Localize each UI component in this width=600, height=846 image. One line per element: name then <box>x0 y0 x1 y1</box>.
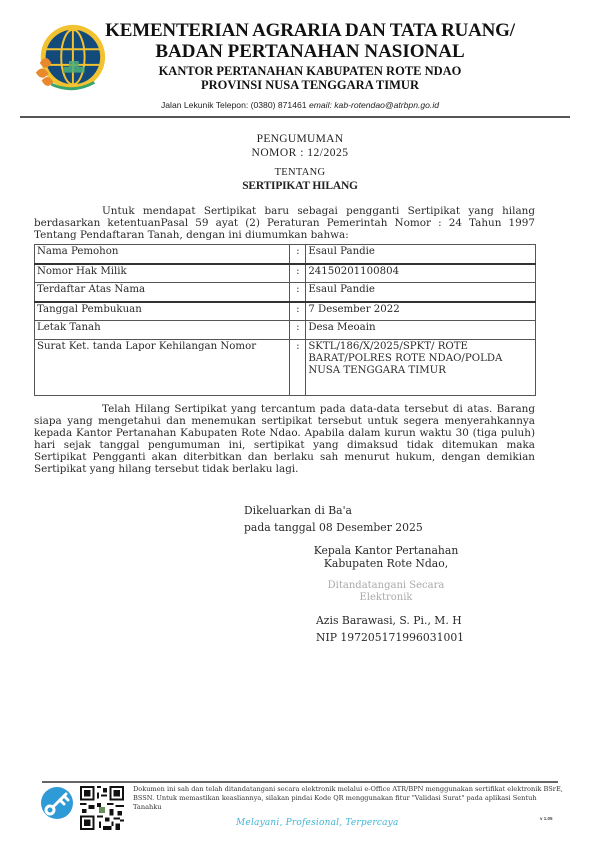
office-name: KANTOR PERTANAHAN KABUPATEN ROTE NDAO <box>100 64 520 78</box>
detail-sep: : <box>290 340 306 396</box>
detail-value: Desa Meoain <box>306 321 536 340</box>
signer-identity: Azis Barawasi, S. Pi., M. H NIP 19720517… <box>316 612 464 646</box>
detail-value: Esaul Pandie <box>306 283 536 302</box>
detail-label: Tanggal Pembukuan <box>35 302 290 321</box>
address-text: Jalan Lekunik Telepon: (0380) 871461 <box>161 100 309 110</box>
detail-row: Surat Ket. tanda Lapor Kehilangan Nomor:… <box>35 340 536 396</box>
detail-value: SKTL/186/X/2025/SPKT/ ROTE BARAT/POLRES … <box>306 340 536 396</box>
issued-date: pada tanggal 08 Desember 2025 <box>244 519 423 536</box>
role-line1: Kepala Kantor Pertanahan <box>300 544 472 557</box>
electronic-signature-note: Ditandatangani Secara Elektronik <box>296 580 476 604</box>
detail-sep: : <box>290 302 306 321</box>
header-divider <box>20 116 570 118</box>
atr-bpn-globe-logo-icon <box>30 20 108 98</box>
detail-sep: : <box>290 321 306 340</box>
agency-name: BADAN PERTANAHAN NASIONAL <box>100 41 520 62</box>
intro-paragraph: Untuk mendapat Sertipikat baru sebagai p… <box>34 205 535 241</box>
esign-line1: Ditandatangani Secara <box>296 580 476 592</box>
detail-row: Terdaftar Atas Nama:Esaul Pandie <box>35 283 536 302</box>
footer-divider <box>42 781 558 783</box>
signer-name: Azis Barawasi, S. Pi., M. H <box>316 612 464 629</box>
detail-value: 24150201100804 <box>306 264 536 283</box>
footer-motto: Melayani, Profesional, Terpercaya <box>236 818 399 828</box>
detail-label: Nama Pemohon <box>35 245 290 264</box>
title-about: TENTANG <box>0 166 600 179</box>
detail-label: Nomor Hak Milik <box>35 264 290 283</box>
footer-validation-text: Dokumen ini sah dan telah ditandatangani… <box>133 785 563 812</box>
signer-role: Kepala Kantor Pertanahan Kabupaten Rote … <box>300 544 472 570</box>
announcement-title: PENGUMUMAN NOMOR : 12/2025 TENTANG SERTI… <box>0 133 600 193</box>
detail-label: Surat Ket. tanda Lapor Kehilangan Nomor <box>35 340 290 396</box>
intro-text: Untuk mendapat Sertipikat baru sebagai p… <box>34 205 535 241</box>
title-heading: PENGUMUMAN <box>0 133 600 146</box>
detail-sep: : <box>290 245 306 264</box>
qr-code-icon[interactable] <box>80 786 124 830</box>
detail-value: Esaul Pandie <box>306 245 536 264</box>
title-subject: SERTIPIKAT HILANG <box>0 179 600 193</box>
ministry-name: KEMENTERIAN AGRARIA DAN TATA RUANG/ <box>100 20 520 41</box>
detail-sep: : <box>290 283 306 302</box>
certificate-details-table: Nama Pemohon:Esaul PandieNomor Hak Milik… <box>34 244 536 396</box>
issuance-info: Dikeluarkan di Ba'a pada tanggal 08 Dese… <box>244 502 423 536</box>
email-label: email: <box>309 100 334 110</box>
detail-row: Nama Pemohon:Esaul Pandie <box>35 245 536 264</box>
issued-at: Dikeluarkan di Ba'a <box>244 502 423 519</box>
email-link[interactable]: kab-rotendao@atrbpn.go.id <box>334 100 439 110</box>
detail-sep: : <box>290 264 306 283</box>
title-number: NOMOR : 12/2025 <box>0 146 600 160</box>
body-paragraph: Telah Hilang Sertipikat yang tercantum p… <box>34 403 535 475</box>
office-address: Jalan Lekunik Telepon: (0380) 871461 ema… <box>0 100 600 110</box>
role-line2: Kabupaten Rote Ndao, <box>300 557 472 570</box>
detail-value: 7 Desember 2022 <box>306 302 536 321</box>
esign-line2: Elektronik <box>296 592 476 604</box>
detail-label: Terdaftar Atas Nama <box>35 283 290 302</box>
sentuh-tanahku-key-icon <box>40 786 74 820</box>
body-text: Telah Hilang Sertipikat yang tercantum p… <box>34 403 535 475</box>
detail-label: Letak Tanah <box>35 321 290 340</box>
detail-row: Letak Tanah:Desa Meoain <box>35 321 536 340</box>
version-label: v 1.05 <box>540 816 553 821</box>
detail-row: Tanggal Pembukuan:7 Desember 2022 <box>35 302 536 321</box>
detail-row: Nomor Hak Milik: 24150201100804 <box>35 264 536 283</box>
signer-nip: NIP 197205171996031001 <box>316 629 464 646</box>
letterhead: KEMENTERIAN AGRARIA DAN TATA RUANG/ BADA… <box>100 20 520 92</box>
province-name: PROVINSI NUSA TENGGARA TIMUR <box>100 78 520 92</box>
